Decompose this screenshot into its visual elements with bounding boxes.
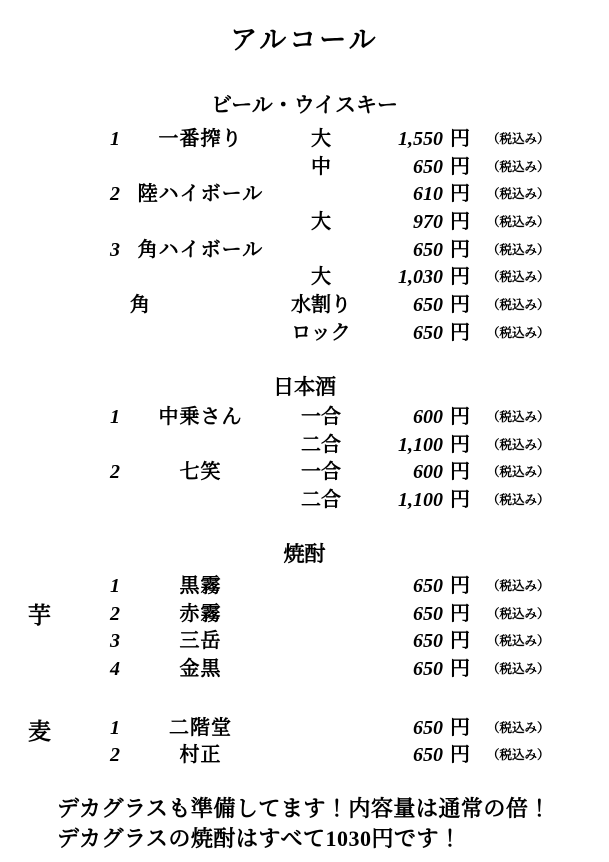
menu-row: 4 金黒 650 円 （税込み） xyxy=(0,656,609,684)
item-price: 600 xyxy=(362,404,443,432)
section-heading-beer-whisky: ビール・ウイスキー xyxy=(0,92,609,118)
yen-label: 円 xyxy=(450,715,474,743)
footer-note-deka-price: デカグラスの焼酎はすべて1030円です！ xyxy=(57,824,551,854)
item-price: 1,550 xyxy=(362,126,443,154)
yen-label: 円 xyxy=(450,154,474,182)
yen-label: 円 xyxy=(450,126,474,154)
tax-note: （税込み） xyxy=(487,404,550,432)
menu-row: 中 650 円 （税込み） xyxy=(0,154,609,182)
footer-notes: デカグラスも準備してます！内容量は通常の倍！ デカグラスの焼酎はすべて1030円… xyxy=(57,794,551,853)
item-name: 一番搾り xyxy=(123,126,278,154)
menu-row: 角 水割り 650 円 （税込み） xyxy=(0,292,609,320)
item-name: 黒霧 xyxy=(123,573,278,601)
item-size: 二合 xyxy=(276,432,366,460)
item-price: 610 xyxy=(362,181,443,209)
item-name: 三岳 xyxy=(123,628,278,656)
menu-page: アルコール ビール・ウイスキー 1 一番搾り 大 1,550 円 （税込み） 中… xyxy=(0,0,609,862)
item-price: 650 xyxy=(362,628,443,656)
item-price: 650 xyxy=(362,154,443,182)
yen-label: 円 xyxy=(450,573,474,601)
item-size: 一合 xyxy=(276,404,366,432)
tax-note: （税込み） xyxy=(487,573,550,601)
tax-note: （税込み） xyxy=(487,628,550,656)
yen-label: 円 xyxy=(450,209,474,237)
menu-row: 大 1,030 円 （税込み） xyxy=(0,264,609,292)
tax-note: （税込み） xyxy=(487,432,550,460)
menu-row: 1 一番搾り 大 1,550 円 （税込み） xyxy=(0,126,609,154)
sake-rows: 1 中乗さん 一合 600 円 （税込み） 二合 1,100 円 （税込み） 2… xyxy=(0,404,609,515)
item-price: 650 xyxy=(362,573,443,601)
item-price: 650 xyxy=(362,656,443,684)
yen-label: 円 xyxy=(450,181,474,209)
section-heading-sake: 日本酒 xyxy=(0,374,609,400)
item-size: 大 xyxy=(276,209,366,237)
item-name: 七笑 xyxy=(123,459,278,487)
menu-row: 1 黒霧 650 円 （税込み） xyxy=(0,573,609,601)
menu-row: 3 三岳 650 円 （税込み） xyxy=(0,628,609,656)
item-size: 一合 xyxy=(276,459,366,487)
tax-note: （税込み） xyxy=(487,154,550,182)
tax-note: （税込み） xyxy=(487,320,550,348)
beer-whisky-rows: 1 一番搾り 大 1,550 円 （税込み） 中 650 円 （税込み） 2 陸… xyxy=(0,126,609,348)
item-price: 1,100 xyxy=(362,432,443,460)
item-name: 二階堂 xyxy=(123,715,278,743)
menu-row: 2 七笑 一合 600 円 （税込み） xyxy=(0,459,609,487)
tax-note: （税込み） xyxy=(487,126,550,154)
menu-row: 大 970 円 （税込み） xyxy=(0,209,609,237)
shochu-mugi-rows: 1 二階堂 650 円 （税込み） 2 村正 650 円 （税込み） xyxy=(0,715,609,769)
menu-row: 二合 1,100 円 （税込み） xyxy=(0,432,609,460)
item-name: 赤霧 xyxy=(123,601,278,629)
yen-label: 円 xyxy=(450,459,474,487)
item-size: 中 xyxy=(276,154,366,182)
yen-label: 円 xyxy=(450,628,474,656)
menu-title: アルコール xyxy=(0,24,609,56)
yen-label: 円 xyxy=(450,237,474,265)
item-price: 1,100 xyxy=(362,487,443,515)
yen-label: 円 xyxy=(450,292,474,320)
item-price: 650 xyxy=(362,237,443,265)
footer-note-deka-glass: デカグラスも準備してます！内容量は通常の倍！ xyxy=(57,794,551,824)
yen-label: 円 xyxy=(450,432,474,460)
menu-row: 2 陸ハイボール 610 円 （税込み） xyxy=(0,181,609,209)
item-name: 角 xyxy=(123,292,285,320)
shochu-imo-rows: 1 黒霧 650 円 （税込み） 2 赤霧 650 円 （税込み） 3 三岳 6… xyxy=(0,573,609,683)
item-size: ロック xyxy=(276,320,366,348)
menu-row: ロック 650 円 （税込み） xyxy=(0,320,609,348)
menu-row: 1 中乗さん 一合 600 円 （税込み） xyxy=(0,404,609,432)
item-price: 650 xyxy=(362,715,443,743)
yen-label: 円 xyxy=(450,320,474,348)
item-price: 1,030 xyxy=(362,264,443,292)
item-price: 970 xyxy=(362,209,443,237)
yen-label: 円 xyxy=(450,404,474,432)
section-heading-shochu: 焼酎 xyxy=(0,541,609,567)
item-price: 650 xyxy=(362,292,443,320)
item-name: 中乗さん xyxy=(123,404,278,432)
tax-note: （税込み） xyxy=(487,264,550,292)
tax-note: （税込み） xyxy=(487,487,550,515)
yen-label: 円 xyxy=(450,264,474,292)
item-size: 大 xyxy=(276,264,366,292)
item-price: 650 xyxy=(362,320,443,348)
item-name: 陸ハイボール xyxy=(123,181,278,209)
tax-note: （税込み） xyxy=(487,237,550,265)
item-price: 600 xyxy=(362,459,443,487)
menu-row: 2 赤霧 650 円 （税込み） xyxy=(0,601,609,629)
yen-label: 円 xyxy=(450,742,474,770)
yen-label: 円 xyxy=(450,487,474,515)
tax-note: （税込み） xyxy=(487,742,550,770)
item-name: 金黒 xyxy=(123,656,278,684)
tax-note: （税込み） xyxy=(487,715,550,743)
menu-row: 2 村正 650 円 （税込み） xyxy=(0,742,609,769)
item-price: 650 xyxy=(362,601,443,629)
item-size: 二合 xyxy=(276,487,366,515)
item-price: 650 xyxy=(362,742,443,770)
yen-label: 円 xyxy=(450,656,474,684)
tax-note: （税込み） xyxy=(487,209,550,237)
menu-row: 1 二階堂 650 円 （税込み） xyxy=(0,715,609,742)
tax-note: （税込み） xyxy=(487,292,550,320)
tax-note: （税込み） xyxy=(487,459,550,487)
item-name: 村正 xyxy=(123,742,278,770)
tax-note: （税込み） xyxy=(487,601,550,629)
item-size: 水割り xyxy=(276,292,366,320)
tax-note: （税込み） xyxy=(487,656,550,684)
item-size: 大 xyxy=(276,126,366,154)
item-name: 角ハイボール xyxy=(123,237,278,265)
yen-label: 円 xyxy=(450,601,474,629)
menu-row: 3 角ハイボール 650 円 （税込み） xyxy=(0,237,609,265)
tax-note: （税込み） xyxy=(487,181,550,209)
menu-row: 二合 1,100 円 （税込み） xyxy=(0,487,609,515)
